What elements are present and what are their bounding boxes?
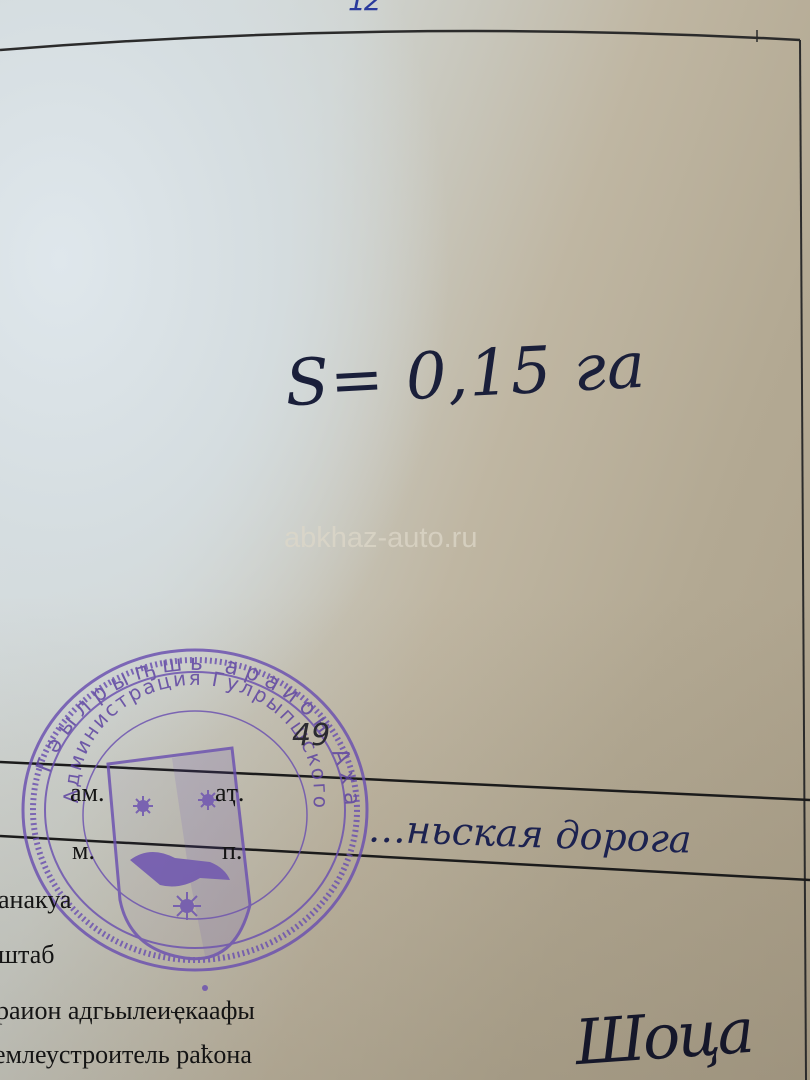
signature: Шоца [573, 994, 754, 1079]
official-stamp: Гәылрыҧшь араион Ахадара Администрация Г… [0, 0, 367, 991]
field-label-at: аҭ. [215, 778, 244, 808]
label-raion-abkhaz: раион адгьылеиҿкаафы [0, 996, 255, 1026]
handwritten-code: 49 [292, 718, 330, 753]
field-label-am: ам. [70, 778, 105, 808]
watermark: abkhaz-auto.ru [284, 522, 477, 555]
stamp-inner-text: Администрация Гулрыпшского района [0, 0, 333, 821]
field-label-p: п. [222, 836, 242, 866]
frame-top-line [0, 31, 800, 50]
svg-text:Администрация Гулрыпшского рай: Администрация Гулрыпшского района [0, 0, 333, 821]
label-anakua: анакуа [0, 885, 71, 915]
label-shtab: штаб [0, 940, 54, 970]
frame-right-line [800, 40, 806, 1080]
page-number: 12 [348, 0, 380, 17]
area-symbol: S [283, 345, 332, 421]
field-label-m: м. [72, 836, 95, 866]
label-zemleustroitel: емлеустроитель раҟона [0, 1040, 252, 1070]
